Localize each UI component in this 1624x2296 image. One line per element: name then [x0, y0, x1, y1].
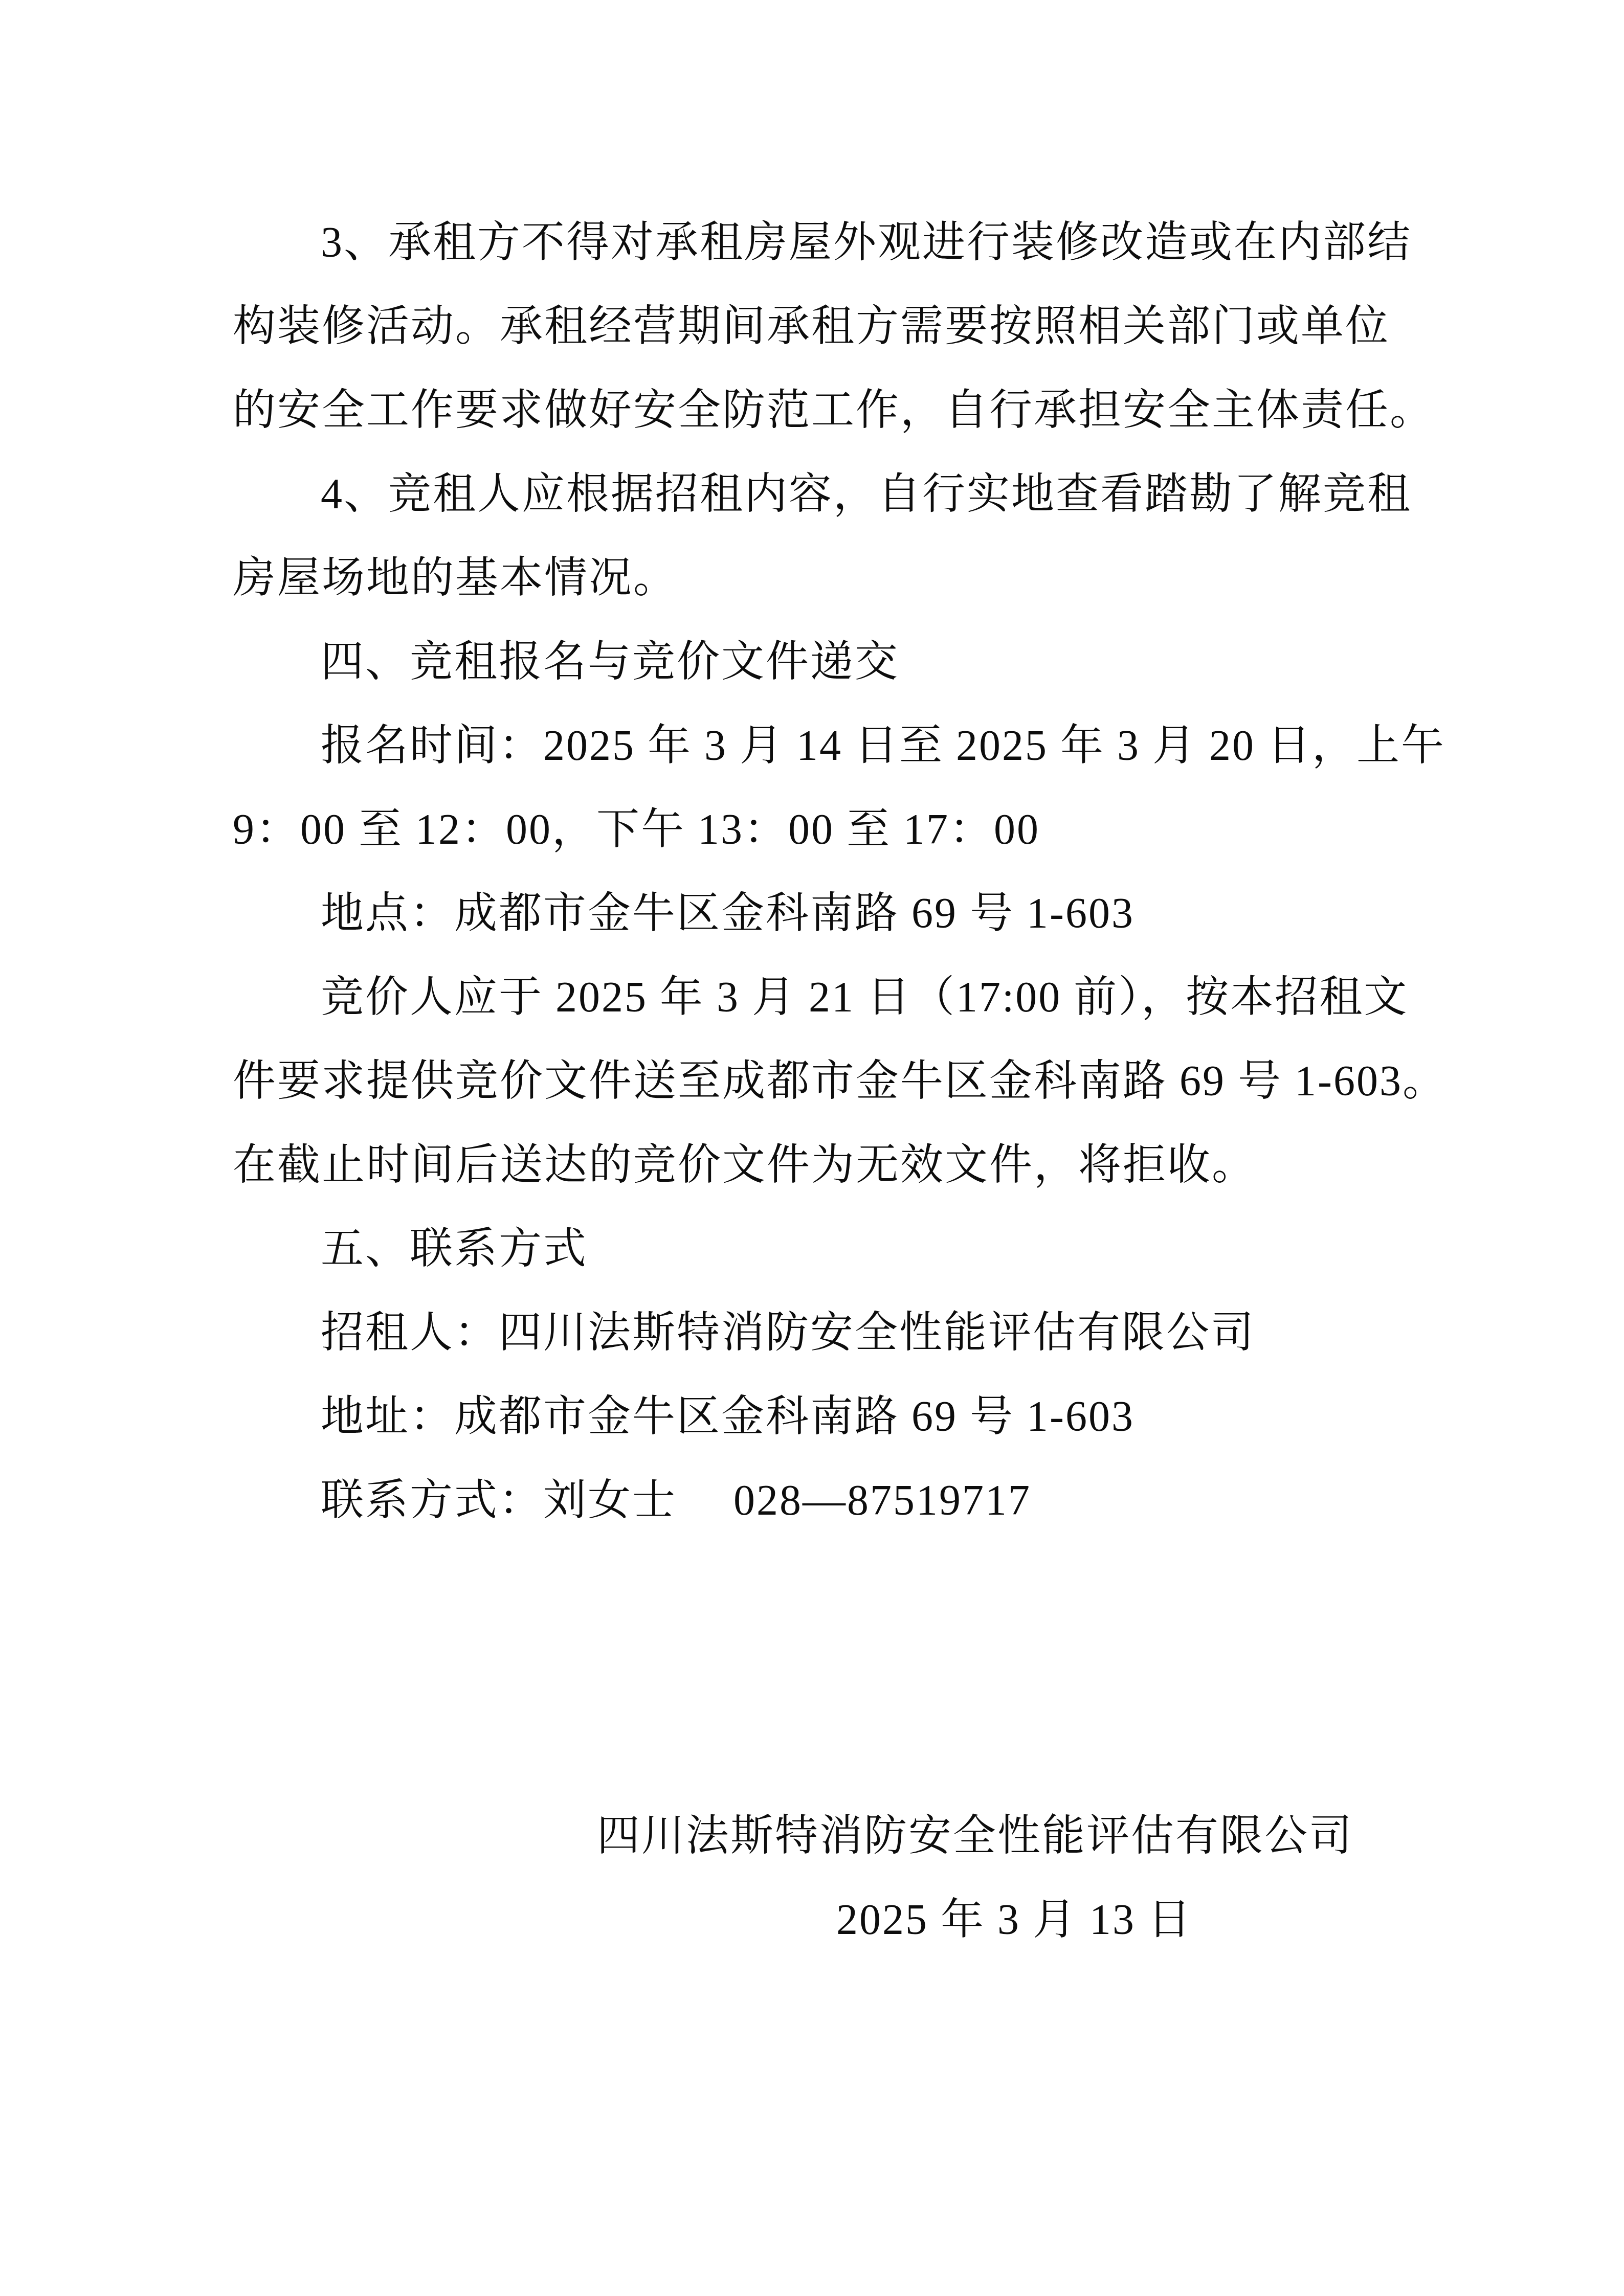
- bid-submission-line-1: 竞价人应于 2025 年 3 月 21 日（17:00 前），按本招租文: [233, 956, 1414, 1040]
- registration-time-line-1: 报名时间：2025 年 3 月 14 日至 2025 年 3 月 20 日，上午: [233, 704, 1414, 788]
- document-page: 3、承租方不得对承租房屋外观进行装修改造或在内部结 构装修活动。承租经营期间承租…: [0, 0, 1624, 2296]
- bid-submission-line-3: 在截止时间后送达的竞价文件为无效文件，将拒收。: [233, 1123, 1414, 1207]
- clause-3-line-2: 构装修活动。承租经营期间承租方需要按照相关部门或单位: [233, 285, 1414, 369]
- clause-4-line-2: 房屋场地的基本情况。: [233, 536, 1414, 620]
- clause-4-line-1: 4、竞租人应根据招租内容，自行实地查看踏勘了解竞租: [233, 453, 1414, 536]
- registration-time-line-2: 9：00 至 12：00，下午 13：00 至 17：00: [233, 788, 1414, 872]
- clause-3-line-3: 的安全工作要求做好安全防范工作，自行承担安全主体责任。: [233, 369, 1414, 453]
- lessor-address: 地址：成都市金牛区金科南路 69 号 1-603: [233, 1375, 1414, 1459]
- section-4-heading: 四、竞租报名与竞价文件递交: [233, 620, 1414, 704]
- lessor-contact: 联系方式：刘女士 028—87519717: [233, 1459, 1414, 1543]
- registration-location: 地点：成都市金牛区金科南路 69 号 1-603: [233, 872, 1414, 956]
- lessor-name: 招租人：四川法斯特消防安全性能评估有限公司: [233, 1291, 1414, 1375]
- blank-space: [233, 1543, 1414, 1794]
- section-5-heading: 五、联系方式: [233, 1207, 1414, 1291]
- clause-3-line-1: 3、承租方不得对承租房屋外观进行装修改造或在内部结: [233, 201, 1414, 285]
- signature-company: 四川法斯特消防安全性能评估有限公司: [597, 1794, 1414, 1878]
- document-body: 3、承租方不得对承租房屋外观进行装修改造或在内部结 构装修活动。承租经营期间承租…: [233, 201, 1414, 1962]
- signature-date: 2025 年 3 月 13 日: [836, 1878, 1414, 1962]
- bid-submission-line-2: 件要求提供竞价文件送至成都市金牛区金科南路 69 号 1-603。: [233, 1040, 1414, 1123]
